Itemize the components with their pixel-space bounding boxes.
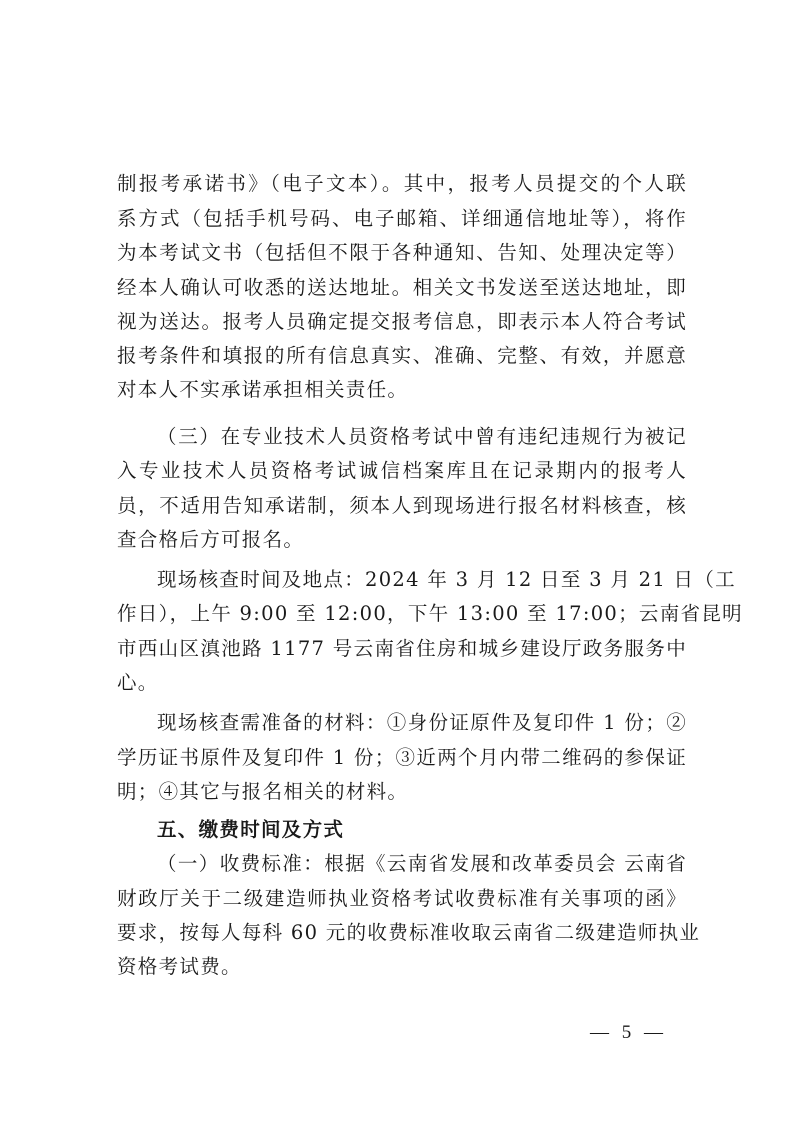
text-line: 资格考试费。	[117, 955, 687, 979]
text-line: 要求，按每人每科 60 元的收费标准收取云南省二级建造师执业	[117, 921, 687, 945]
text-line: 对本人不实承诺承担相关责任。	[117, 378, 687, 402]
document-page: 制报考承诺书》（电子文本）。其中，报考人员提交的个人联系方式（包括手机号码、电子…	[0, 0, 793, 1121]
text-line: 现场核查时间及地点：2024 年 3 月 12 日至 3 月 21 日（工	[157, 568, 687, 592]
text-line: 员，不适用告知承诺制，须本人到现场进行报名材料核查，核	[117, 494, 687, 518]
text-line: 查合格后方可报名。	[117, 528, 687, 552]
text-line: 报考条件和填报的所有信息真实、准确、完整、有效，并愿意	[117, 344, 687, 368]
text-line: 学历证书原件及复印件 1 份；③近两个月内带二维码的参保证	[117, 746, 687, 770]
text-line: 制报考承诺书》（电子文本）。其中，报考人员提交的个人联	[117, 172, 687, 196]
text-line: 财政厅关于二级建造师执业资格考试收费标准有关事项的函》	[117, 887, 687, 911]
text-line: 现场核查需准备的材料：①身份证原件及复印件 1 份；②	[157, 711, 687, 735]
text-line: 市西山区滇池路 1177 号云南省住房和城乡建设厅政务服务中	[117, 637, 687, 661]
text-line: 入专业技术人员资格考试诚信档案库且在记录期内的报考人	[117, 459, 687, 483]
text-line: 心。	[117, 671, 687, 695]
text-line: 系方式（包括手机号码、电子邮箱、详细通信地址等），将作	[117, 207, 687, 231]
text-line: 视为送达。报考人员确定提交报考信息，即表示本人符合考试	[117, 310, 687, 334]
section-heading: 五、缴费时间及方式	[157, 818, 687, 842]
text-line: 明；④其它与报名相关的材料。	[117, 780, 687, 804]
page-number: — 5 —	[590, 1022, 667, 1044]
text-line: （一）收费标准：根据《云南省发展和改革委员会 云南省	[157, 852, 687, 876]
text-line: 作日），上午 9:00 至 12:00，下午 13:00 至 17:00；云南省…	[117, 602, 687, 626]
text-line: 经本人确认可收悉的送达地址。相关文书发送至送达地址，即	[117, 276, 687, 300]
text-line: （三）在专业技术人员资格考试中曾有违纪违规行为被记	[157, 425, 687, 449]
text-line: 为本考试文书（包括但不限于各种通知、告知、处理决定等）	[117, 241, 687, 265]
